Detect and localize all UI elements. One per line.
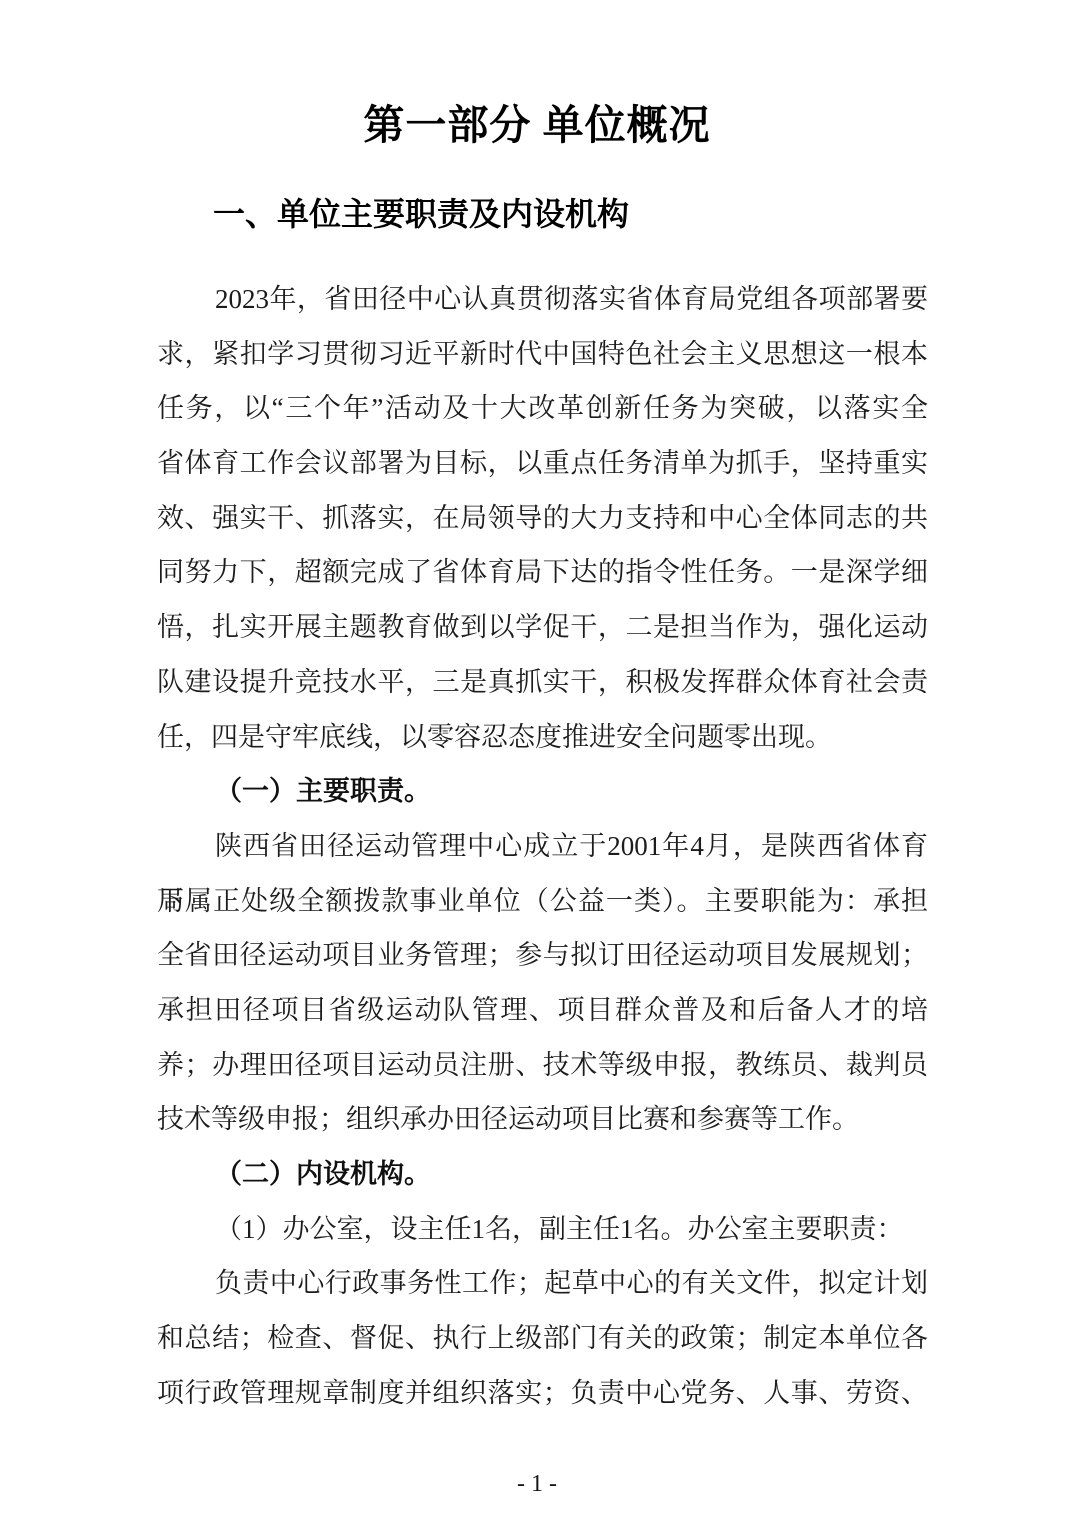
document-page: 第一部分 单位概况 一、单位主要职责及内设机构 2023年，省田径中心认真贯彻落… bbox=[0, 0, 1074, 1520]
document-line: 任务，以“三个年”活动及十大改革创新任务为突破，以落实全 bbox=[157, 381, 928, 436]
document-line: 省体育工作会议部署为目标，以重点任务清单为抓手，坚持重实 bbox=[157, 436, 928, 491]
document-line: 求，紧扣学习贯彻习近平新时代中国特色社会主义思想这一根本 bbox=[157, 327, 928, 382]
page-number: - 1 - bbox=[0, 1468, 1074, 1500]
sub-heading: （二）内设机构。 bbox=[157, 1147, 928, 1202]
document-line: 效、强实干、抓落实，在局领导的大力支持和中心全体同志的共 bbox=[157, 491, 928, 546]
document-line: 项行政管理规章制度并组织落实；负责中心党务、人事、劳资、 bbox=[157, 1366, 928, 1421]
document-line: 技术等级申报；组织承办田径运动项目比赛和参赛等工作。 bbox=[157, 1092, 928, 1147]
document-line: 任，四是守牢底线，以零容忍态度推进安全问题零出现。 bbox=[157, 710, 928, 765]
document-line: （1）办公室，设主任1名，副主任1名。办公室主要职责： bbox=[157, 1202, 928, 1257]
document-line: 承担田径项目省级运动队管理、项目群众普及和后备人才的培 bbox=[157, 983, 928, 1038]
document-line: 全省田径运动项目业务管理；参与拟订田径运动项目发展规划； bbox=[157, 928, 928, 983]
page-title: 第一部分 单位概况 bbox=[0, 96, 1074, 154]
document-line: 陕西省田径运动管理中心成立于2001年4月，是陕西省体育局 bbox=[157, 819, 928, 874]
document-line: 和总结；检查、督促、执行上级部门有关的政策；制定本单位各 bbox=[157, 1311, 928, 1366]
document-line: 2023年，省田径中心认真贯彻落实省体育局党组各项部署要 bbox=[157, 272, 928, 327]
document-line: 队建设提升竞技水平，三是真抓实干，积极发挥群众体育社会责 bbox=[157, 655, 928, 710]
document-line: 养；办理田径项目运动员注册、技术等级申报，教练员、裁判员 bbox=[157, 1038, 928, 1093]
document-body: 2023年，省田径中心认真贯彻落实省体育局党组各项部署要求，紧扣学习贯彻习近平新… bbox=[157, 272, 928, 1420]
document-line: 负责中心行政事务性工作；起草中心的有关文件，拟定计划 bbox=[157, 1256, 928, 1311]
document-line: 悟，扎实开展主题教育做到以学促干，二是担当作为，强化运动 bbox=[157, 600, 928, 655]
section-heading: 一、单位主要职责及内设机构 bbox=[157, 192, 928, 236]
document-line: 同努力下，超额完成了省体育局下达的指令性任务。一是深学细 bbox=[157, 545, 928, 600]
sub-heading: （一）主要职责。 bbox=[157, 764, 928, 819]
document-line: 下属正处级全额拨款事业单位（公益一类）。主要职能为：承担 bbox=[157, 874, 928, 929]
